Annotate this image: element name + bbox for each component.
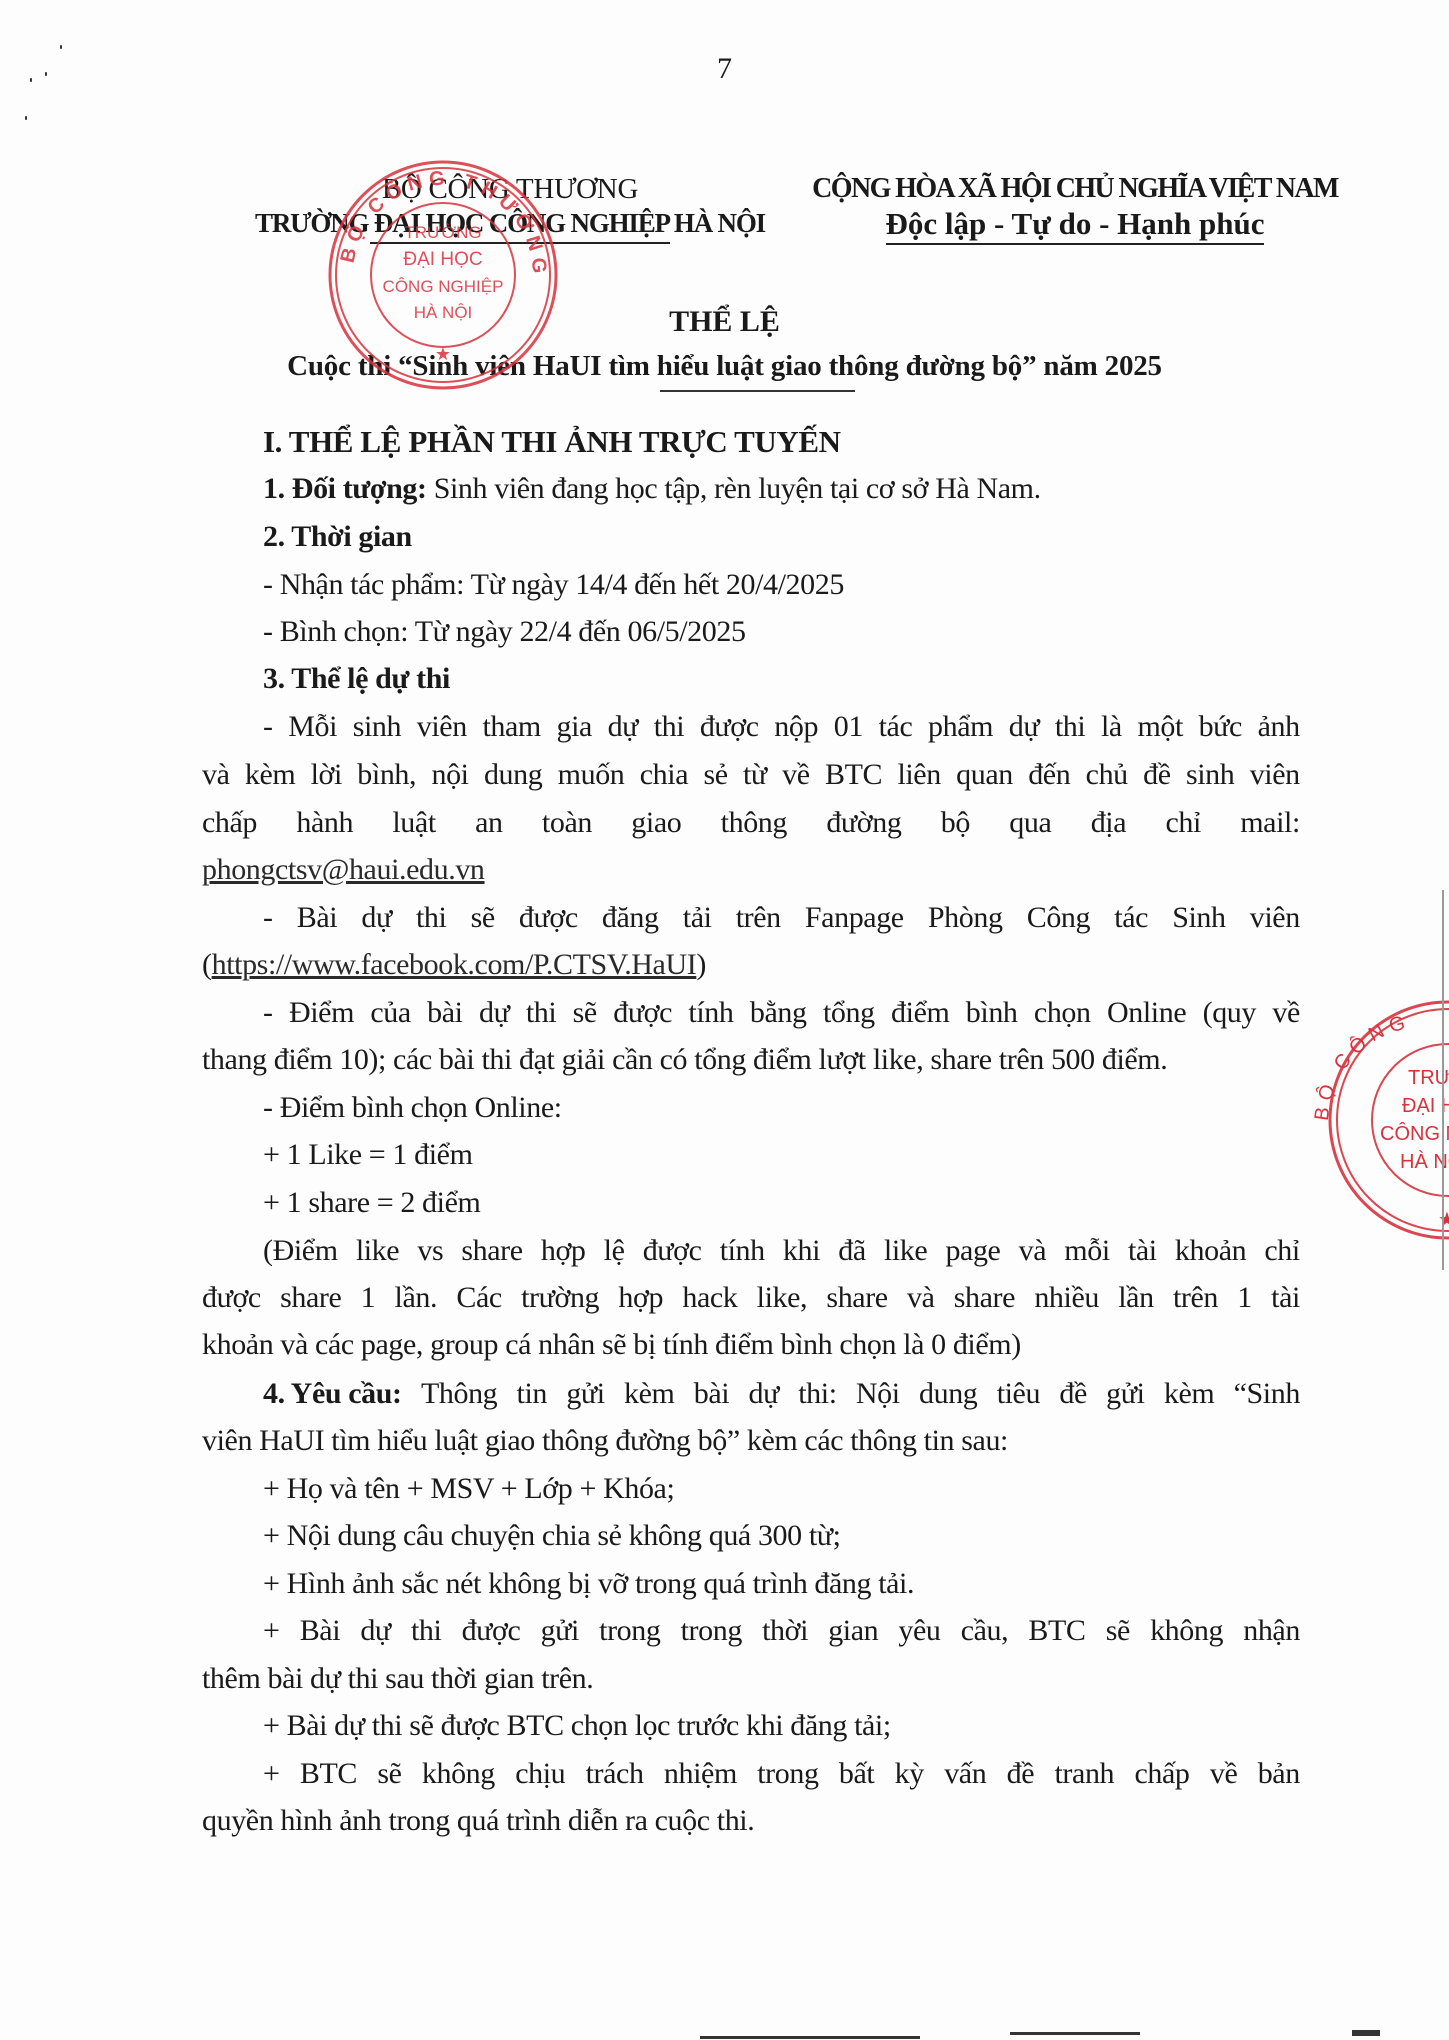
word: muốn [558,758,625,792]
paragraph-line: đượcshare1lần.Cáctrườnghợphacklike,share… [202,1281,1300,1315]
word: cầu, [961,1614,1009,1648]
word: BTC [825,758,882,792]
word: thi: [798,1377,836,1411]
word: hành [296,806,353,840]
national-heading: CỘNG HÒA XÃ HỘI CHỦ NGHĨA VIỆT NAM Độc l… [795,172,1355,245]
word: dung [919,1377,977,1411]
word: trường [521,1281,599,1315]
word: nhận [1243,1614,1300,1648]
paren: ( [202,948,212,981]
stamp-inner-line: ĐẠI HỌC [403,249,482,270]
word: share [954,1281,1015,1315]
word: gửi [566,1377,604,1411]
scan-edge [700,2036,920,2039]
justified-line: vàkèmlờibình,nộidungmuốnchiasẻtừvềBTCliê… [202,758,1300,792]
word: chỉ [1264,1234,1299,1268]
word: kèm [1164,1377,1214,1411]
word: được [643,1234,702,1268]
justified-line: đượcshare1lần.Cáctrườnghợphacklike,share… [202,1281,1300,1315]
fanpage-link[interactable]: https://www.facebook.com/P.CTSV.HaUI [212,948,697,981]
word: ảnh [1258,710,1300,744]
word: thi [411,1614,441,1648]
email-link[interactable]: phongctsv@haui.edu.vn [202,853,485,887]
word: tin [517,1377,547,1411]
justified-line: (Điểmlikevssharehợplệđượctínhkhiđãlikepa… [263,1234,1300,1268]
word: thi [416,901,446,935]
word: Fanpage [805,901,904,935]
word: lệ [604,1234,625,1268]
word: nội [431,758,468,792]
word: chủ [1086,758,1128,792]
word: Phòng [928,901,1003,935]
word: bản [1258,1757,1300,1791]
paragraph-line: -BàidựthisẽđượcđăngtảitrênFanpagePhòngCô… [263,901,1300,935]
word: bình [966,996,1018,1030]
header-left-underline [370,242,670,244]
word: luật [392,806,435,840]
word: thông [721,806,787,840]
paragraph-line: +BTCsẽkhôngchịutráchnhiệmtrongbấtkỳvấnđề… [263,1757,1300,1791]
paragraph-line: vàkèmlờibình,nộidungmuốnchiasẻtừvềBTCliê… [202,758,1300,792]
word: dự [360,1614,390,1648]
paragraph-line: (Điểmlikevssharehợplệđượctínhkhiđãlikepa… [263,1234,1300,1268]
word: lần [1118,1281,1153,1315]
word: tác [1114,901,1148,935]
word: tính [688,996,733,1030]
section-heading: I. THỂ LỆ PHẦN THI ẢNH TRỰC TUYẾN [263,424,841,460]
republic-name: CỘNG HÒA XÃ HỘI CHỦ NGHĨA VIỆT NAM [795,172,1355,206]
word: gửi [541,1614,579,1648]
word: Thông [421,1377,497,1411]
target-audience: 1. Đối tượng: Sinh viên đang học tập, rè… [263,472,1041,506]
word: like [884,1234,927,1268]
word: share [826,1281,887,1315]
word: trên [1173,1281,1218,1315]
page-number: 7 [0,52,1449,86]
word: sinh [353,710,401,744]
word: tham [482,710,540,744]
requirement-item: + Nội dung câu chuyện chia sẻ không quá … [263,1519,841,1553]
item-label: 3. Thể lệ dự thi [263,662,450,696]
word: trong [681,1614,742,1648]
word: Điểm [289,996,354,1030]
word: thi [526,996,556,1030]
word: an [475,806,503,840]
word: tranh [1055,1757,1115,1791]
word: dự [1009,710,1039,744]
word: lời [311,758,342,792]
justified-line: chấphànhluậtantoàngiaothôngđườngbộquađịa… [202,806,1300,840]
word: like, [757,1281,808,1315]
scoring-heading: - Điểm bình chọn Online: [263,1091,562,1125]
paragraph-line: -Điểmcủabàidựthisẽđượctínhbằngtổngđiểmbì… [263,996,1300,1030]
submission-period: - Nhận tác phẩm: Từ ngày 14/4 đến hết 20… [263,568,844,602]
word: Bài [300,1614,340,1648]
requirement-item: + Hình ảnh sắc nét không bị vỡ trong quá… [263,1567,914,1601]
word: (quy [1203,996,1256,1030]
word: một [1137,710,1182,744]
word: được [519,901,578,935]
scan-speck [25,116,27,120]
word: thi [654,710,684,744]
issuing-authority: BỘ CÔNG THƯƠNG TRƯỜNG ĐẠI HỌC CÔNG NGHIỆ… [210,172,810,240]
voting-period: - Bình chọn: Từ ngày 22/4 đến 06/5/2025 [263,615,746,649]
scan-edge [1352,2030,1380,2036]
word: Sinh [1172,901,1225,935]
paragraph-line: +Bàidựthiđượcgửitrongtrongthờigianyêucầu… [263,1614,1300,1648]
word: viên [1250,758,1300,792]
word: đăng [602,901,659,935]
word: kèm [245,758,295,792]
requirements-intro: 4. Yêu cầu:Thôngtingửikèmbàidựthi:Nộidun… [263,1377,1300,1411]
word: BTC [1028,1614,1085,1648]
word: tiêu [997,1377,1040,1411]
word: đường [826,806,901,840]
word: sẽ [573,996,597,1030]
scan-speck [60,45,62,49]
justified-line: +Bàidựthiđượcgửitrongtrongthờigianyêucầu… [263,1614,1300,1648]
word: Công [1027,901,1090,935]
word: trong [599,1614,660,1648]
word: trên [736,901,781,935]
word: like [356,1234,399,1268]
word: đề [1007,1757,1035,1791]
justified-line: -BàidựthisẽđượcđăngtảitrênFanpagePhòngCô… [263,901,1300,935]
scan-edge [1010,2032,1140,2035]
word: khi [783,1234,820,1268]
requirement-item: + Họ và tên + MSV + Lớp + Khóa; [263,1472,674,1506]
word: (Điểm [263,1234,338,1268]
word: vấn [944,1757,986,1791]
word: nhiều [1034,1281,1099,1315]
word: viên [1250,901,1300,935]
word: chấp [1134,1757,1189,1791]
word: được [462,1614,521,1648]
word: yêu [898,1614,940,1648]
word: được [202,1281,261,1315]
word: nhiệm [664,1757,737,1791]
word: về [782,758,810,792]
word: được [700,710,759,744]
word: dự [608,710,638,744]
word: đã [838,1234,866,1268]
paragraph-line: thang điểm 10); các bài thi đạt giải cần… [202,1043,1167,1077]
word: nộp [774,710,818,744]
word: trách [586,1757,644,1791]
word: Online [1107,996,1186,1030]
word: về [1272,996,1300,1030]
word: bài [427,996,462,1030]
justified-line: 4. Yêu cầu:Thôngtingửikèmbàidựthi:Nộidun… [263,1377,1300,1411]
word: liên [897,758,940,792]
stamp-inner-line: CÔNG NGHIỆP [383,277,504,296]
word: BTC [300,1757,357,1791]
word: mail: [1240,806,1300,840]
word: viên [417,710,467,744]
word: sẽ [377,1757,401,1791]
word: dự [479,996,509,1030]
word: chấp [202,806,257,840]
word: dự [361,901,391,935]
word: tổng [823,996,875,1030]
word: hợp [541,1234,586,1268]
word: lần. [395,1281,438,1315]
word: toàn [542,806,592,840]
university-name: TRƯỜNG ĐẠI HỌC CÔNG NGHIỆP HÀ NỘI [210,206,810,240]
word: thi [1055,710,1085,744]
requirement-item: + Bài dự thi sẽ được BTC chọn lọc trước … [263,1709,891,1743]
word: dung [484,758,542,792]
item-text: Sinh viên đang học tập, rèn luyện tại cơ… [427,472,1041,505]
paragraph-line: -Mỗisinhviênthamgiadựthiđượcnộp01tácphẩm… [263,710,1300,744]
paragraph-line: thêm bài dự thi sau thời gian trên. [202,1662,593,1696]
word: của [370,996,410,1030]
word: 01 [834,710,863,744]
word: 1 [361,1281,376,1315]
paragraph-line: quyền hình ảnh trong quá trình diễn ra c… [202,1804,754,1838]
word: từ [743,758,767,792]
word: bằng [750,996,807,1030]
word: đề [1143,758,1171,792]
scoring-rule-share: + 1 share = 2 điểm [263,1186,480,1220]
word: Nội [856,1377,900,1411]
justified-line: -Mỗisinhviênthamgiadựthiđượcnộp01tácphẩm… [263,710,1300,744]
word: gia [556,710,591,744]
paren: ) [696,948,706,981]
word: chọn [1034,996,1091,1030]
item-label: 2. Thời gian [263,520,412,554]
paragraph-line: viên HaUI tìm hiểu luật giao thông đường… [202,1424,1008,1458]
word: không [1150,1614,1223,1648]
word: và [907,1281,935,1315]
word: hack [682,1281,737,1315]
word: chịu [515,1757,565,1791]
word: bất [839,1757,874,1791]
word: tài [1128,1234,1157,1268]
word: vs [417,1234,443,1268]
word: - [263,901,273,935]
word: mỗi [1064,1234,1109,1268]
word: - [263,710,273,744]
word: địa [1091,806,1126,840]
word: - [263,996,273,1030]
word: tải [683,901,712,935]
word: + [263,1757,280,1791]
document-title: THỂ LỆ [0,305,1449,339]
word: share [461,1234,522,1268]
word: đề [1059,1377,1087,1411]
word: Bài [297,901,337,935]
word: hợp [618,1281,663,1315]
word: quan [956,758,1013,792]
word: về [1210,1757,1238,1791]
word: “Sinh [1234,1377,1300,1411]
word: bình, [357,758,416,792]
svg-text:BỘ CÔNG: BỘ CÔNG [1311,1011,1413,1122]
word: Mỗi [288,710,337,744]
word: sẻ [703,758,727,792]
fanpage-line: (https://www.facebook.com/P.CTSV.HaUI) [202,948,706,982]
word: chỉ [1165,806,1200,840]
word: sẽ [471,901,495,935]
word: sẽ [1106,1614,1130,1648]
word: giao [631,806,681,840]
word: kỳ [895,1757,924,1791]
justified-line: -Điểmcủabàidựthisẽđượctínhbằngtổngđiểmbì… [263,996,1300,1030]
word: 1 [1237,1281,1252,1315]
subtitle-underline [660,390,855,392]
word: chia [640,758,688,792]
word: gửi [1106,1377,1144,1411]
word: + [263,1614,280,1648]
word: qua [1009,806,1051,840]
word: gian [828,1614,878,1648]
word: thời [762,1614,808,1648]
paragraph-line: khoản và các page, group cá nhân sẽ bị t… [202,1328,1021,1362]
scan-edge [1442,890,1444,1270]
word: không [422,1757,495,1791]
word: được [613,996,672,1030]
word: bài [694,1377,729,1411]
side-stamp: BỘ CÔNG TRƯỜNG ĐẠI HỌC CÔNG NGHIỆP HÀ NỘ… [1298,1000,1449,1240]
word: đến [1028,758,1070,792]
word: Các [456,1281,501,1315]
word: page [945,1234,1000,1268]
justified-line: +BTCsẽkhôngchịutráchnhiệmtrongbấtkỳvấnđề… [263,1757,1300,1791]
word: share [280,1281,341,1315]
document-subtitle: Cuộc thi “Sinh viên HaUI tìm hiểu luật g… [0,350,1449,383]
word: sinh [1186,758,1234,792]
word: tính [720,1234,765,1268]
word: tác [879,710,913,744]
stamp-inner-line: CÔNG NGHIỆP [1380,1122,1449,1145]
word: bức [1199,710,1242,744]
word: dự [748,1377,778,1411]
word: điểm [891,996,949,1030]
word: trong [757,1757,818,1791]
ministry-name: BỘ CÔNG THƯƠNG [210,172,810,206]
word: bộ [941,806,970,840]
stamp-outer-text: BỘ CÔNG [1311,1011,1413,1122]
word: phẩm [928,710,993,744]
word: kèm [624,1377,674,1411]
national-motto: Độc lập - Tự do - Hạnh phúc [886,206,1265,245]
item-label: 1. Đối tượng: [263,472,427,505]
word: và [1019,1234,1047,1268]
paragraph-line: chấphànhluậtantoàngiaothôngđườngbộquađịa… [202,806,1300,840]
word: và [202,758,230,792]
word: là [1101,710,1122,744]
item-label: 4. Yêu cầu: [263,1377,402,1411]
scoring-rule-like: + 1 Like = 1 điểm [263,1138,473,1172]
word: tài [1271,1281,1300,1315]
word: khoản [1175,1234,1246,1268]
